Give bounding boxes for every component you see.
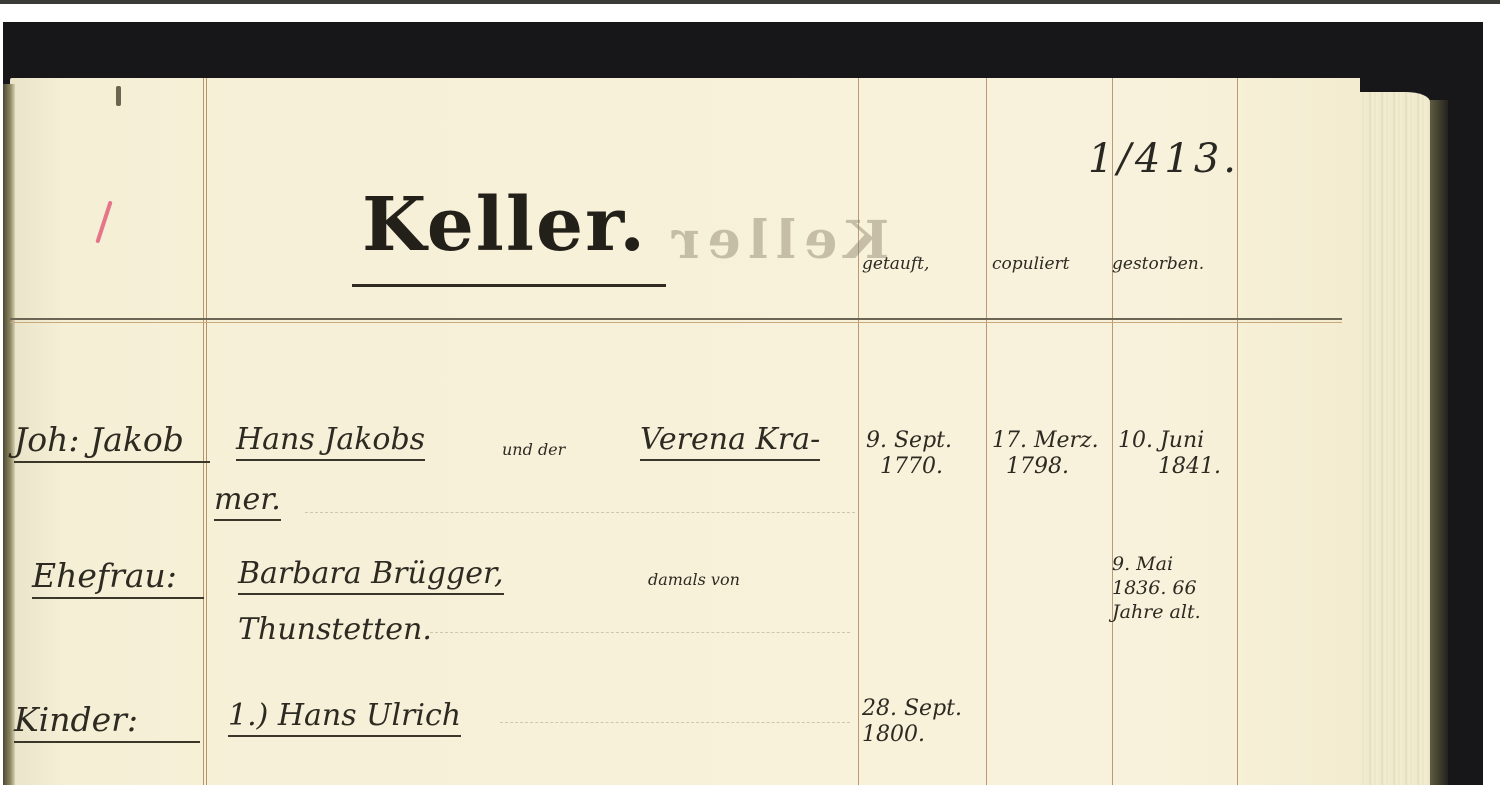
- marriage-date: 17. Merz. 1798.: [992, 428, 1099, 480]
- column-header-baptized: getauft,: [862, 254, 929, 274]
- surname-underline: [352, 284, 666, 287]
- mother-name: Verena Kra-: [640, 422, 820, 461]
- death-date-wife: 9. Mai 1836. 66 Jahre alt.: [1112, 552, 1201, 624]
- entry-label-wife: Ehefrau:: [32, 556, 204, 599]
- connector-text: und der: [502, 440, 565, 459]
- column-header-married: copuliert: [992, 254, 1069, 274]
- wife-name: Barbara Brügger,: [238, 556, 504, 595]
- scan-top-border: [0, 0, 1500, 4]
- baptism-date-husband: 9. Sept. 1770.: [866, 428, 952, 480]
- surname-heading: Keller.: [352, 178, 666, 290]
- column-rule-remarks: [1237, 78, 1238, 785]
- death-date-husband: 10. Juni 1841.: [1118, 428, 1221, 480]
- child-1-name: 1.) Hans Ulrich: [228, 698, 461, 737]
- guide-line: [305, 512, 855, 513]
- baptism-date-child-1: 28. Sept. 1800.: [862, 696, 962, 748]
- header-double-rule: [10, 318, 1342, 324]
- column-rule-died: [1112, 78, 1113, 785]
- column-header-died: gestorben.: [1112, 254, 1204, 274]
- wife-origin-place: Thunstetten.: [238, 612, 432, 647]
- wife-origin-prefix: damals von: [648, 570, 740, 589]
- column-rule-married: [986, 78, 987, 785]
- mother-name-continued: mer.: [214, 482, 281, 521]
- surname-text: Keller.: [362, 182, 647, 268]
- father-name: Hans Jakobs: [236, 422, 425, 461]
- guide-line: [430, 632, 850, 633]
- guide-line: [500, 722, 850, 723]
- entry-label-husband: Joh: Jakob: [14, 420, 210, 463]
- ink-blot: [116, 86, 121, 106]
- entry-label-children: Kinder:: [14, 700, 200, 743]
- bleed-through-text: Keller: [664, 210, 889, 271]
- register-reference: 1/413.: [1088, 136, 1240, 182]
- column-rule-baptized: [858, 78, 859, 785]
